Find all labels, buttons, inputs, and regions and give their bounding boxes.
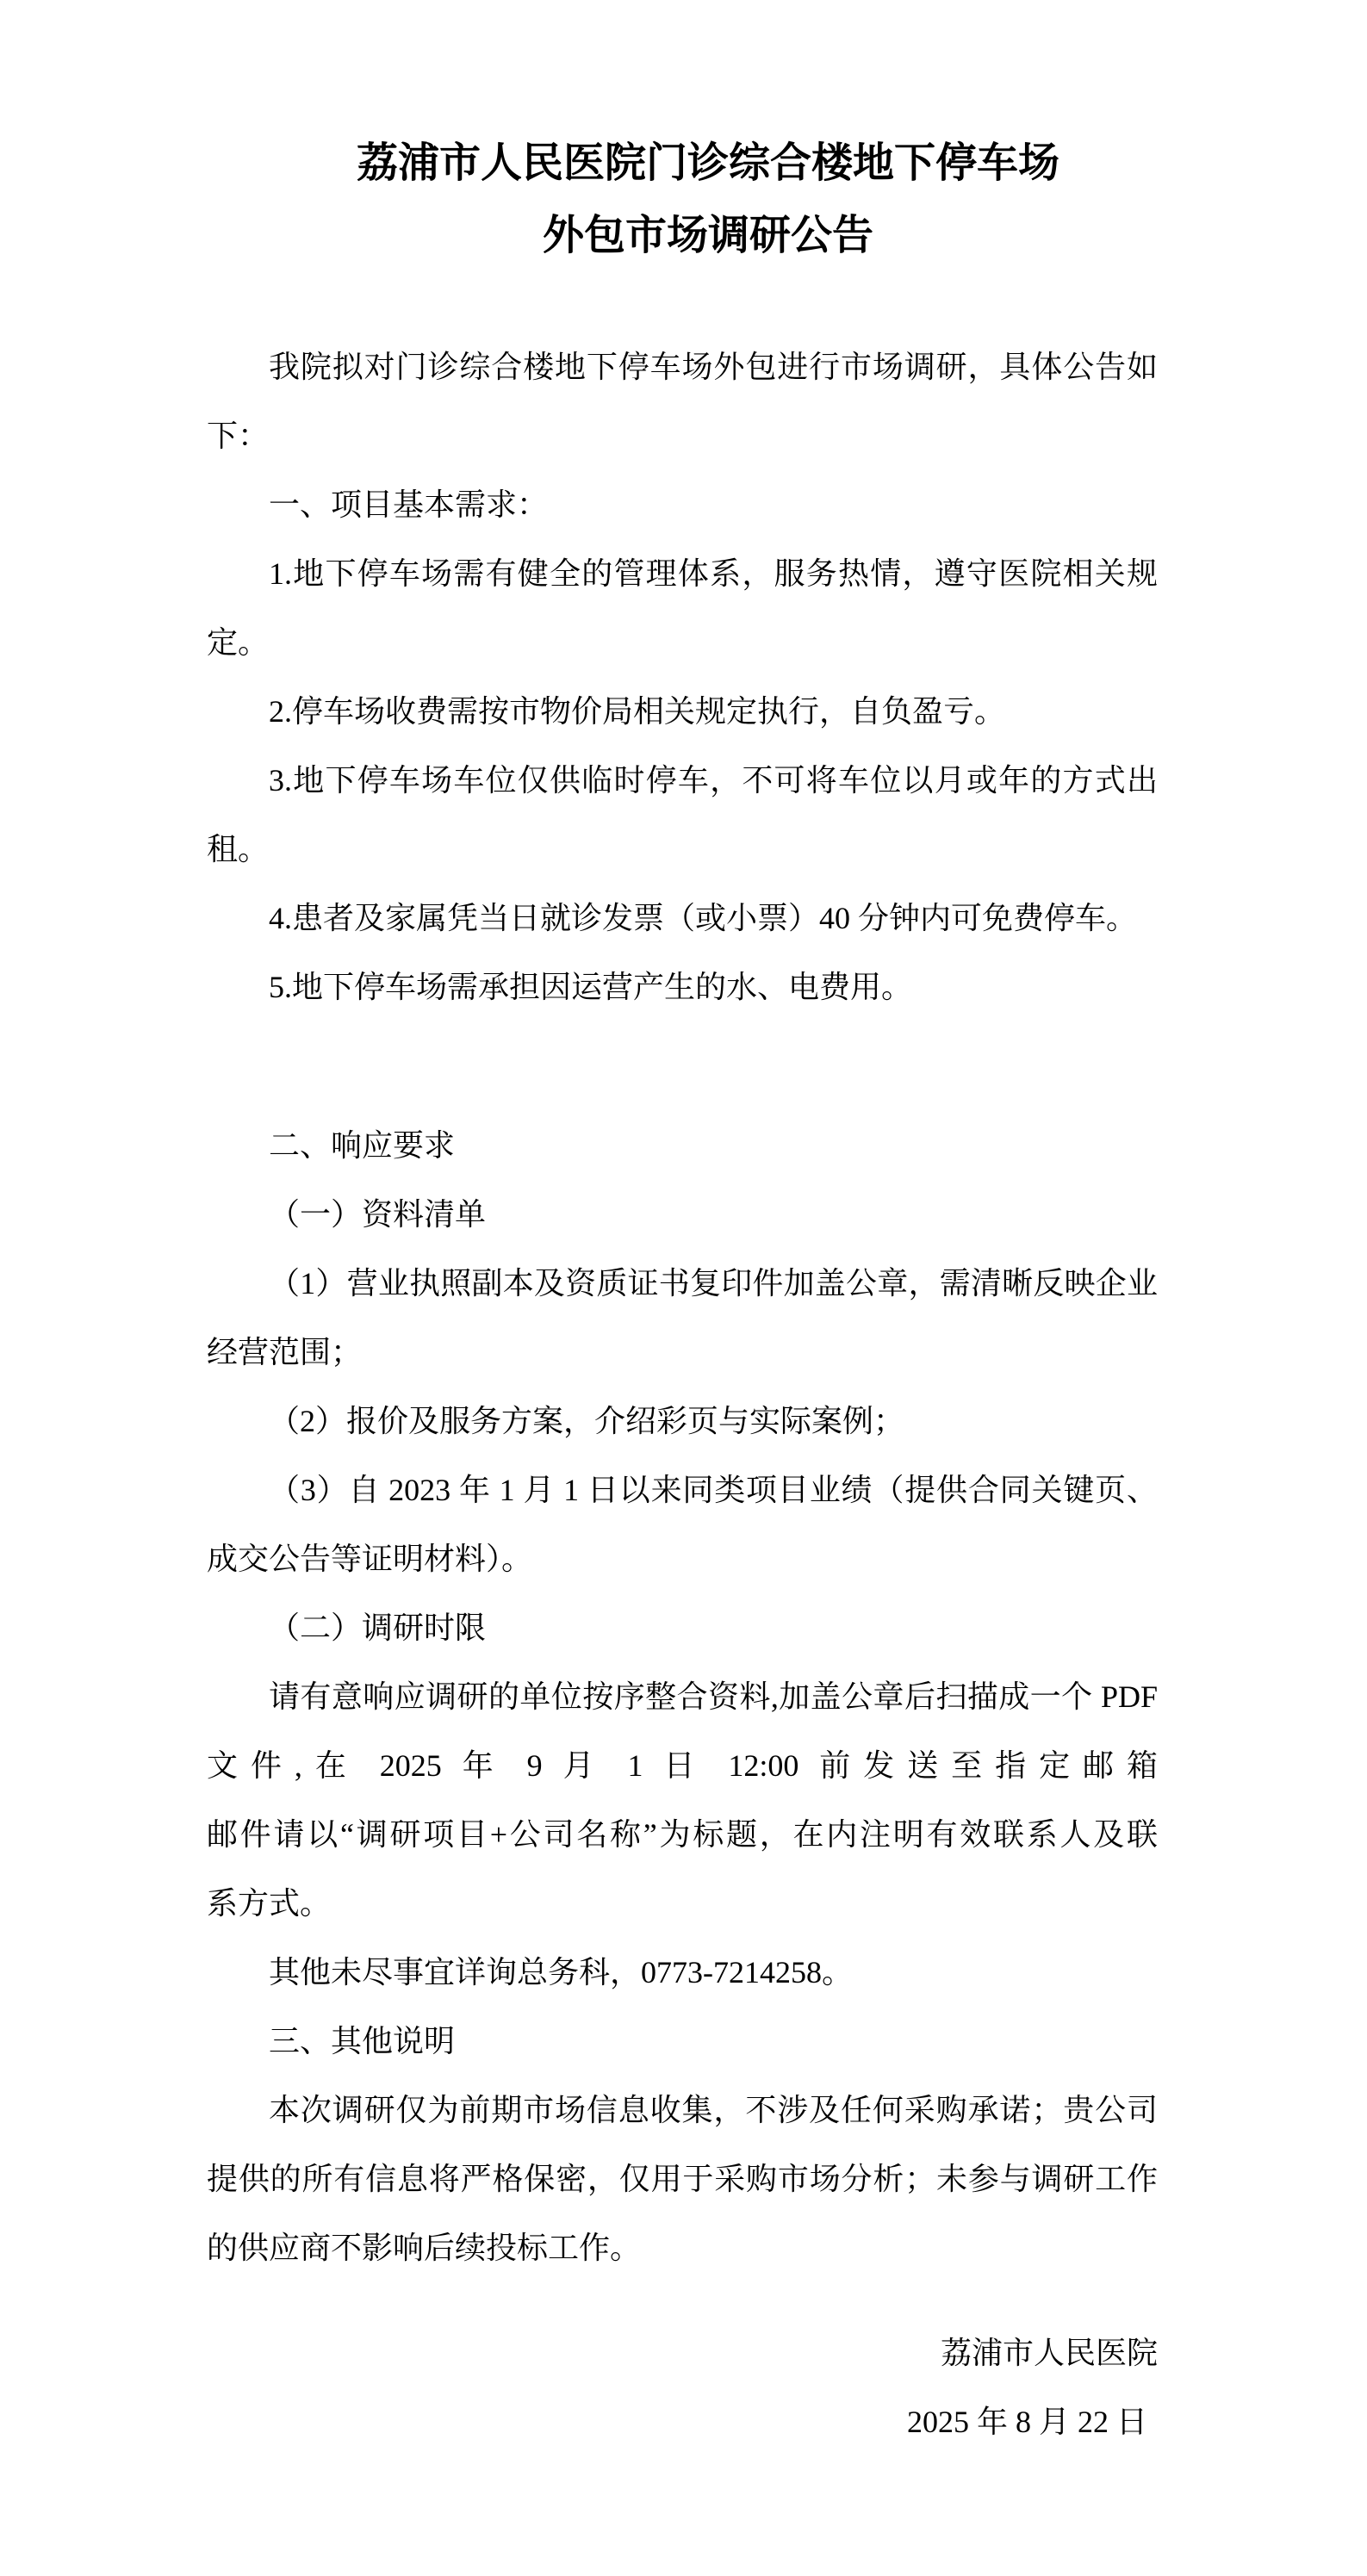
text-line: （二）调研时限 <box>207 1593 1158 1662</box>
text-line: 一、项目基本需求： <box>207 470 1158 539</box>
paragraph: 请有意响应调研的单位按序整合资料,加盖公章后扫描成一个 PDF文件,在 2025… <box>207 1662 1158 1938</box>
text-line: 下： <box>207 401 1158 470</box>
paragraph: 其他未尽事宜详询总务科，0773-7214258。 <box>207 1938 1158 2007</box>
text-line: （一）资料清单 <box>207 1180 1158 1249</box>
text-line: 我院拟对门诊综合楼地下停车场外包进行市场调研，具体公告如 <box>207 332 1158 401</box>
text-line: （1）营业执照副本及资质证书复印件加盖公章，需清晰反映企业 <box>207 1249 1158 1318</box>
text-line: 5.地下停车场需承担因运营产生的水、电费用。 <box>207 953 1158 1021</box>
text-line: 其他未尽事宜详询总务科，0773-7214258。 <box>207 1938 1158 2007</box>
document-title: 荔浦市人民医院门诊综合楼地下停车场 外包市场调研公告 <box>233 127 1184 272</box>
text-line: 本次调研仅为前期市场信息收集，不涉及任何采购承诺；贵公司 <box>207 2076 1158 2145</box>
blank-line <box>207 1021 1158 1111</box>
text-line: 成交公告等证明材料）。 <box>207 1524 1158 1593</box>
text-line: （3）自 2023 年 1 月 1 日以来同类项目业绩（提供合同关键页、 <box>207 1456 1158 1524</box>
text-line: 租。 <box>207 815 1158 884</box>
paragraph: （2）报价及服务方案，介绍彩页与实际案例； <box>207 1387 1158 1456</box>
text-line: 文件,在 2025 年 9 月 1 日 12:00 前发送至指定邮箱 29520… <box>207 1731 1158 1800</box>
text-line: 提供的所有信息将严格保密，仅用于采购市场分析；未参与调研工作 <box>207 2145 1158 2213</box>
document-body: 我院拟对门诊综合楼地下停车场外包进行市场调研，具体公告如下：一、项目基本需求：1… <box>207 332 1158 2282</box>
text-line: 经营范围； <box>207 1318 1158 1387</box>
text-line: 二、响应要求 <box>207 1111 1158 1180</box>
paragraph: （一）资料清单 <box>207 1180 1158 1249</box>
signature: 荔浦市人民医院 <box>207 2318 1158 2387</box>
text-line: 三、其他说明 <box>207 2007 1158 2076</box>
paragraph: 本次调研仅为前期市场信息收集，不涉及任何采购承诺；贵公司提供的所有信息将严格保密… <box>207 2076 1158 2282</box>
text-line: 1.地下停车场需有健全的管理体系，服务热情，遵守医院相关规 <box>207 539 1158 608</box>
document-title-line-2: 外包市场调研公告 <box>233 200 1184 272</box>
date: 2025 年 8 月 22 日 <box>207 2387 1158 2456</box>
text-line: 4.患者及家属凭当日就诊发票（或小票）40 分钟内可免费停车。 <box>207 884 1158 953</box>
text-line: 2.停车场收费需按市物价局相关规定执行，自负盈亏。 <box>207 677 1158 746</box>
paragraph: 3.地下停车场车位仅供临时停车，不可将车位以月或年的方式出租。 <box>207 746 1158 884</box>
paragraph: （二）调研时限 <box>207 1593 1158 1662</box>
paragraph: 5.地下停车场需承担因运营产生的水、电费用。 <box>207 953 1158 1021</box>
text-line: 邮件请以“调研项目+公司名称”为标题，在内注明有效联系人及联 <box>207 1800 1158 1869</box>
text-line: 定。 <box>207 608 1158 677</box>
text-line: 3.地下停车场车位仅供临时停车，不可将车位以月或年的方式出 <box>207 746 1158 815</box>
text-line: （2）报价及服务方案，介绍彩页与实际案例； <box>207 1387 1158 1456</box>
paragraph: 1.地下停车场需有健全的管理体系，服务热情，遵守医院相关规定。 <box>207 539 1158 677</box>
paragraph: 二、响应要求 <box>207 1111 1158 1180</box>
document-title-line-1: 荔浦市人民医院门诊综合楼地下停车场 <box>233 127 1184 200</box>
paragraph: （3）自 2023 年 1 月 1 日以来同类项目业绩（提供合同关键页、成交公告… <box>207 1456 1158 1593</box>
signature-block: 荔浦市人民医院 2025 年 8 月 22 日 <box>207 2318 1158 2456</box>
paragraph: （1）营业执照副本及资质证书复印件加盖公章，需清晰反映企业经营范围； <box>207 1249 1158 1387</box>
text-line: 请有意响应调研的单位按序整合资料,加盖公章后扫描成一个 PDF <box>207 1662 1158 1731</box>
document-page: 荔浦市人民医院门诊综合楼地下停车场 外包市场调研公告 我院拟对门诊综合楼地下停车… <box>0 0 1367 2576</box>
paragraph: 我院拟对门诊综合楼地下停车场外包进行市场调研，具体公告如下： <box>207 332 1158 470</box>
paragraph: 4.患者及家属凭当日就诊发票（或小票）40 分钟内可免费停车。 <box>207 884 1158 953</box>
paragraph: 一、项目基本需求： <box>207 470 1158 539</box>
text-line: 的供应商不影响后续投标工作。 <box>207 2213 1158 2282</box>
paragraph: 三、其他说明 <box>207 2007 1158 2076</box>
paragraph: 2.停车场收费需按市物价局相关规定执行，自负盈亏。 <box>207 677 1158 746</box>
text-line: 系方式。 <box>207 1869 1158 1938</box>
